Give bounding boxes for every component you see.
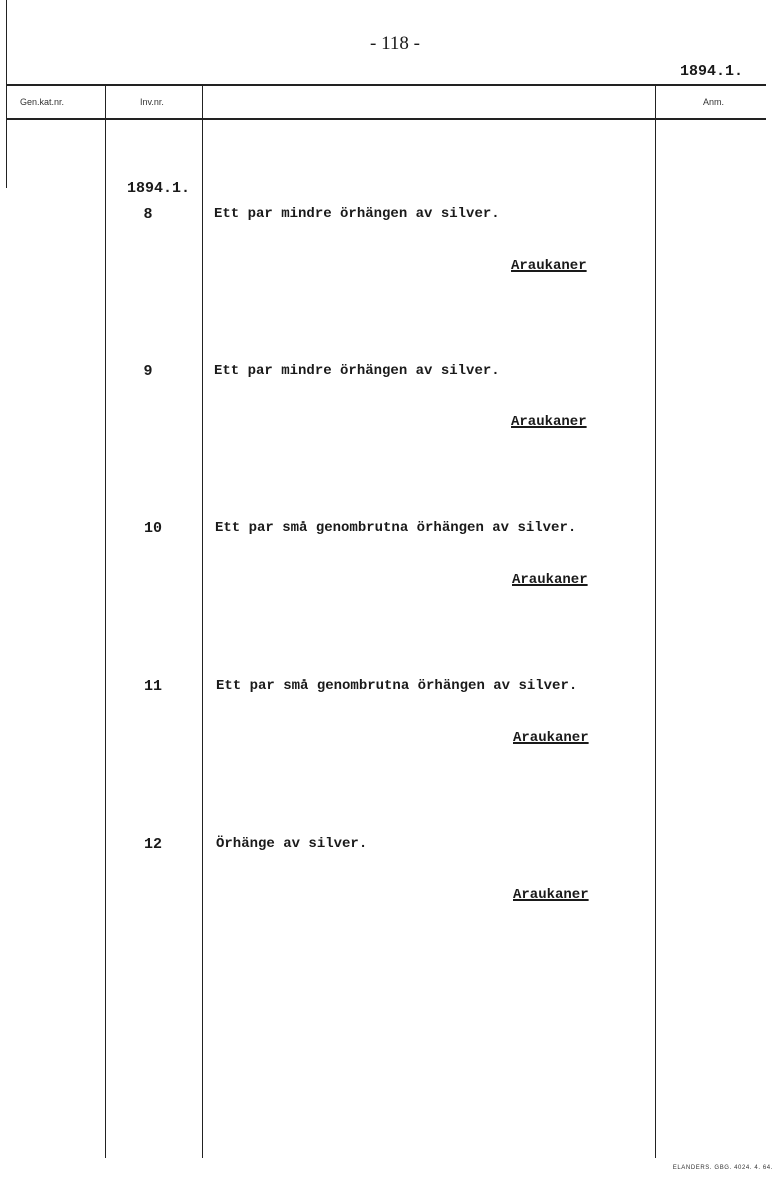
header-bottom-rule — [6, 118, 766, 120]
column-header-anm: Anm. — [703, 97, 724, 107]
inv-number: 9 — [105, 363, 191, 380]
culture-tag: Araukaner — [513, 887, 589, 903]
culture-tag: Araukaner — [512, 572, 588, 588]
item-description: Ett par små genombrutna örhängen av silv… — [215, 520, 576, 536]
column-divider-2 — [202, 86, 203, 1158]
item-description: Ett par mindre örhängen av silver. — [214, 363, 500, 379]
header-reference: 1894.1. — [680, 63, 743, 80]
column-header-gen-kat-nr: Gen.kat.nr. — [20, 97, 64, 107]
culture-tag: Araukaner — [513, 730, 589, 746]
page-number: - 118 - — [370, 33, 420, 55]
inv-number: 11 — [105, 678, 201, 695]
printer-imprint: ELANDERS. GBG. 4024. 4. 64. — [673, 1165, 773, 1171]
inventory-group-label: 1894.1. — [127, 180, 190, 197]
left-margin-line — [6, 0, 7, 188]
column-header-inv-nr: Inv.nr. — [140, 97, 164, 107]
culture-tag: Araukaner — [511, 258, 587, 274]
item-description: Ett par mindre örhängen av silver. — [214, 206, 500, 222]
inv-number: 10 — [105, 520, 201, 537]
column-divider-3 — [655, 86, 656, 1158]
item-description: Örhänge av silver. — [216, 836, 367, 852]
inv-number: 8 — [105, 206, 191, 223]
column-divider-1 — [105, 86, 106, 1158]
header-top-rule — [6, 84, 766, 86]
culture-tag: Araukaner — [511, 414, 587, 430]
item-description: Ett par små genombrutna örhängen av silv… — [216, 678, 577, 694]
inv-number: 12 — [105, 836, 201, 853]
